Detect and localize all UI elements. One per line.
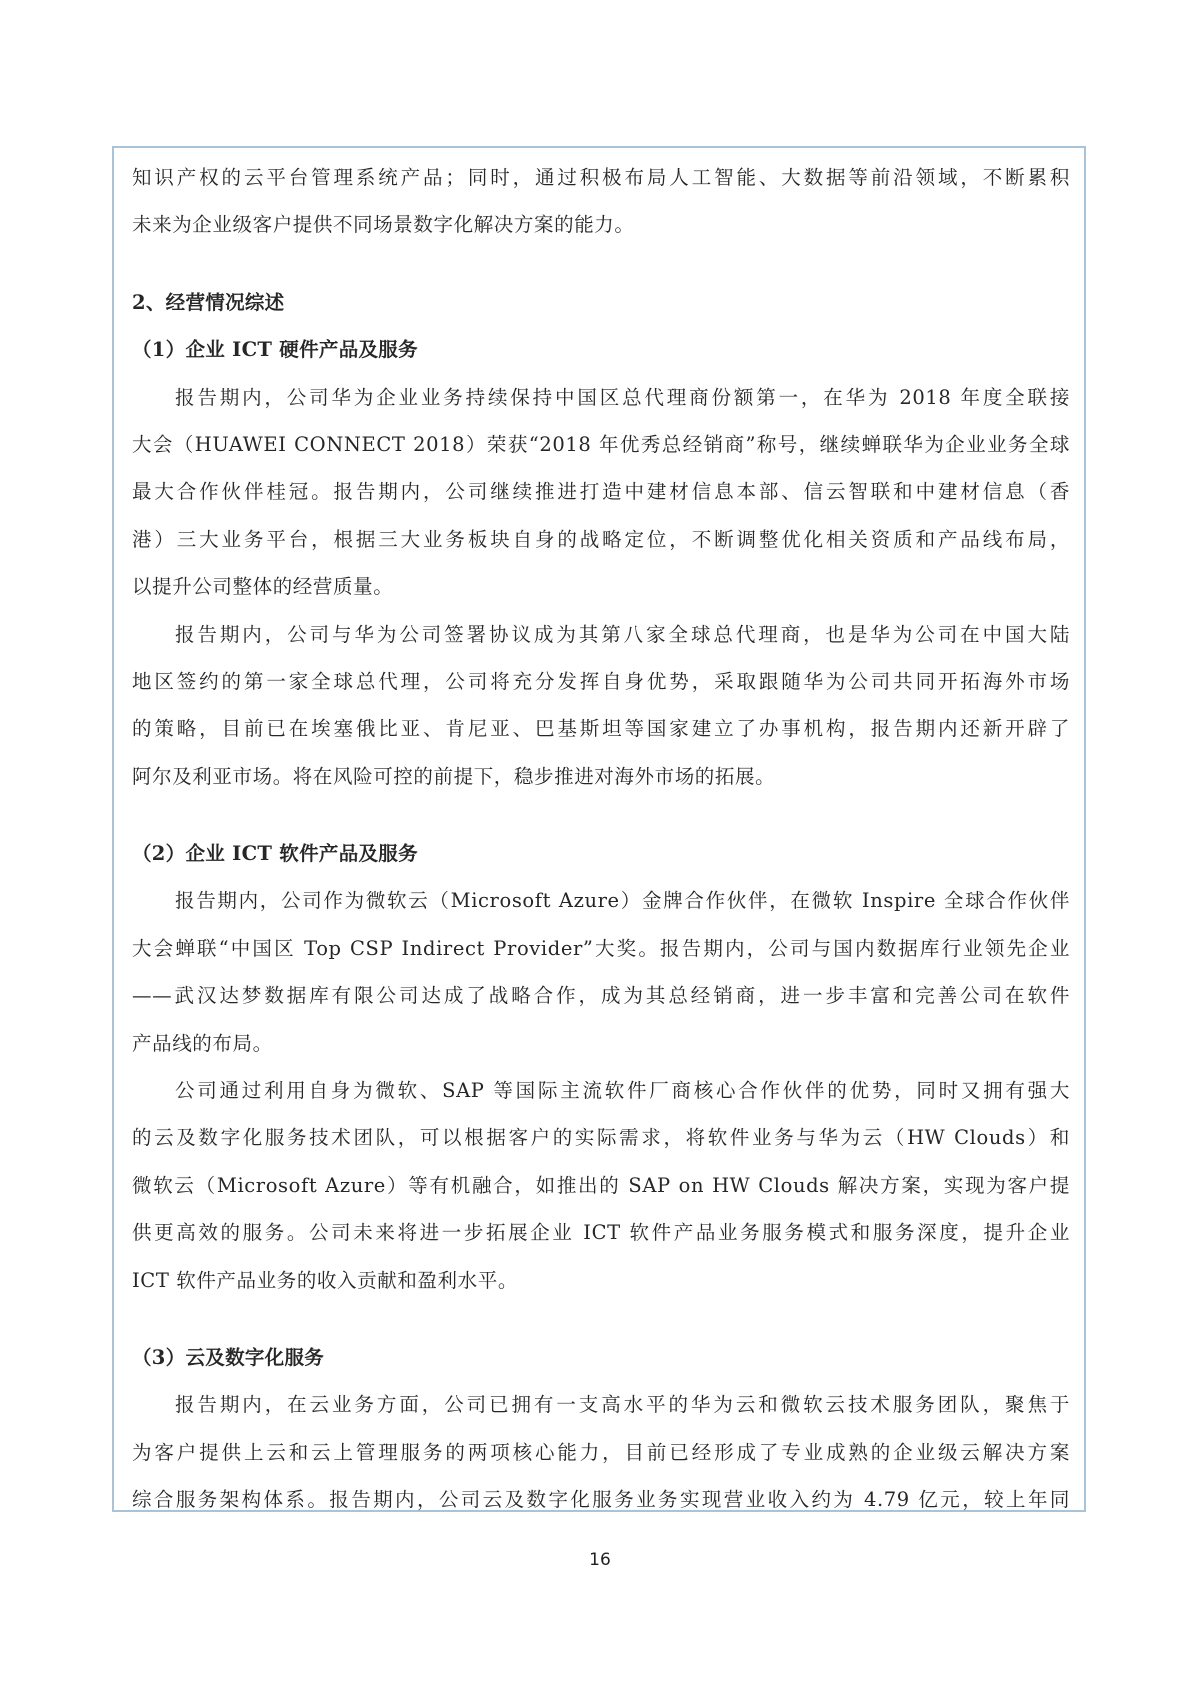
text-line: 地区签约的第一家全球总代理，公司将充分发挥自身优势，采取跟随华为公司共同开拓海外…: [132, 658, 1070, 705]
text-line: 报告期内，公司华为企业业务持续保持中国区总代理商份额第一，在华为 2018 年度…: [132, 374, 1070, 421]
text-line: 港）三大业务平台，根据三大业务板块自身的战略定位，不断调整优化相关资质和产品线布…: [132, 516, 1070, 563]
text-line: 产品线的布局。: [132, 1020, 1070, 1067]
subsection-heading-hardware: （1）企业 ICT 硬件产品及服务: [132, 326, 1070, 373]
spacer: [132, 800, 1070, 830]
text-line: 公司通过利用自身为微软、SAP 等国际主流软件厂商核心合作伙伴的优势，同时又拥有…: [132, 1067, 1070, 1114]
text-line: 未来为企业级客户提供不同场景数字化解决方案的能力。: [132, 201, 1070, 248]
spacer: [132, 1304, 1070, 1334]
page-number: 16: [0, 1550, 1200, 1570]
text-line: 的策略，目前已在埃塞俄比亚、肯尼亚、巴基斯坦等国家建立了办事机构，报告期内还新开…: [132, 705, 1070, 752]
text-line: 综合服务架构体系。报告期内，公司云及数字化服务业务实现营业收入约为 4.79 亿…: [132, 1476, 1070, 1523]
text-line: 为客户提供上云和云上管理服务的两项核心能力，目前已经形成了专业成熟的企业级云解决…: [132, 1429, 1070, 1476]
text-line: 微软云（Microsoft Azure）等有机融合，如推出的 SAP on HW…: [132, 1162, 1070, 1209]
page-content: 知识产权的云平台管理系统产品；同时，通过积极布局人工智能、大数据等前沿领域，不断…: [132, 154, 1070, 1524]
text-line: ICT 软件产品业务的收入贡献和盈利水平。: [132, 1257, 1070, 1304]
text-line: 报告期内，在云业务方面，公司已拥有一支高水平的华为云和微软云技术服务团队，聚焦于: [132, 1381, 1070, 1428]
text-frame: 知识产权的云平台管理系统产品；同时，通过积极布局人工智能、大数据等前沿领域，不断…: [112, 146, 1086, 1512]
text-line: 供更高效的服务。公司未来将进一步拓展企业 ICT 软件产品业务服务模式和服务深度…: [132, 1209, 1070, 1256]
section-heading: 2、经营情况综述: [132, 279, 1070, 326]
text-line: 最大合作伙伴桂冠。报告期内，公司继续推进打造中建材信息本部、信云智联和中建材信息…: [132, 468, 1070, 515]
text-line: 报告期内，公司作为微软云（Microsoft Azure）金牌合作伙伴，在微软 …: [132, 877, 1070, 924]
text-line: 大会蝉联“中国区 Top CSP Indirect Provider”大奖。报告…: [132, 925, 1070, 972]
text-line: 阿尔及利亚市场。将在风险可控的前提下，稳步推进对海外市场的拓展。: [132, 753, 1070, 800]
subsection-heading-cloud: （3）云及数字化服务: [132, 1334, 1070, 1381]
spacer: [132, 249, 1070, 279]
text-line: 的云及数字化服务技术团队，可以根据客户的实际需求，将软件业务与华为云（HW Cl…: [132, 1114, 1070, 1161]
text-line: 知识产权的云平台管理系统产品；同时，通过积极布局人工智能、大数据等前沿领域，不断…: [132, 154, 1070, 201]
text-line: 以提升公司整体的经营质量。: [132, 563, 1070, 610]
text-line: 大会（HUAWEI CONNECT 2018）荣获“2018 年优秀总经销商”称…: [132, 421, 1070, 468]
text-line: 报告期内，公司与华为公司签署协议成为其第八家全球总代理商，也是华为公司在中国大陆: [132, 611, 1070, 658]
subsection-heading-software: （2）企业 ICT 软件产品及服务: [132, 830, 1070, 877]
text-line: ——武汉达梦数据库有限公司达成了战略合作，成为其总经销商，进一步丰富和完善公司在…: [132, 972, 1070, 1019]
